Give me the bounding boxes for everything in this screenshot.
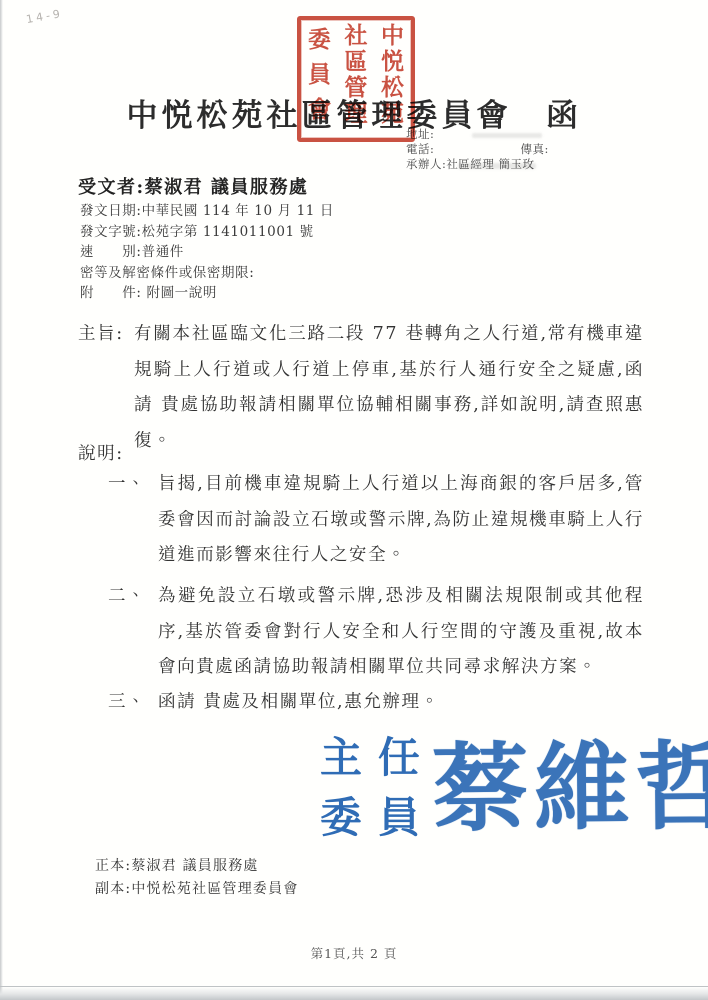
- secrecy-row: 密等及解密條件或保密期限:: [80, 263, 334, 284]
- handler-label: 承辦人:: [406, 157, 446, 171]
- doc-number-value: 松苑字第 1141011001 號: [142, 224, 314, 240]
- contact-phone-row: 電話: 傳真:: [406, 142, 696, 157]
- attachment-value: 附圖一說明: [146, 285, 217, 301]
- original-copy-row: 正本:蔡淑君 議員服務處: [95, 855, 299, 878]
- recipient-value: 蔡淑君 議員服務處: [145, 177, 309, 198]
- item-3-number: 三、: [108, 685, 158, 721]
- phone-label: 電話:: [406, 142, 434, 156]
- item-3-text: 函請 貴處及相關單位,惠允辦理。: [158, 685, 644, 721]
- item-2-number: 二、: [108, 579, 158, 615]
- metadata-block: 發文日期:中華民國 114 年 10 月 11 日 發文字號:松苑字第 1141…: [80, 201, 334, 304]
- explanation-item-2: 二、 為避免設立石墩或警示牌,恐涉及相關法規限制或其他程序,基於管委會對行人安全…: [108, 579, 644, 686]
- handwritten-pencil-note: 14-9: [25, 7, 64, 26]
- chairman-title-char-4: 員: [370, 788, 428, 848]
- priority-row: 速 別:普通件: [80, 242, 334, 263]
- doc-number-row: 發文字號:松苑字第 1141011001 號: [80, 222, 334, 243]
- scan-left-edge: [0, 0, 3, 1000]
- recipient-label: 受文者:: [78, 177, 145, 198]
- chairman-title-char-2: 任: [370, 728, 428, 788]
- original-copy-label: 正本:: [95, 858, 131, 874]
- explanation-heading: 說明:: [78, 440, 124, 465]
- attachment-row: 附 件: 附圖一說明: [80, 283, 334, 304]
- doc-number-label: 發文字號:: [80, 224, 142, 240]
- item-1-text: 旨揭,目前機車違規騎上人行道以上海商銀的客戶居多,管委會因而討論設立石墩或警示牌…: [158, 467, 644, 574]
- scan-bottom-edge: [0, 987, 708, 1000]
- committee-red-seal: 中悦松苑 社區管理 委員會: [297, 16, 415, 142]
- duplicate-copy-label: 副本:: [95, 881, 131, 897]
- issue-date-label: 發文日期:: [80, 203, 142, 219]
- seal-column-2: 社區管理: [343, 23, 370, 135]
- attachment-label: 附 件:: [80, 285, 142, 301]
- subject-label: 主旨:: [78, 317, 134, 353]
- subject-section: 主旨: 有關本社區臨文化三路二段 77 巷轉角之人行道,常有機車違規騎上人行道或…: [78, 317, 644, 459]
- chairman-name-stamp: 蔡維哲: [432, 739, 708, 838]
- chairman-title-char-1: 主: [312, 728, 370, 788]
- item-2-text: 為避免設立石墩或警示牌,恐涉及相關法規限制或其他程序,基於管委會對行人安全和人行…: [158, 579, 644, 686]
- recipient-line: 受文者:蔡淑君 議員服務處: [78, 173, 308, 199]
- priority-label: 速 別:: [80, 244, 142, 260]
- page-number-footer: 第1頁,共 2 頁: [0, 944, 708, 962]
- duplicate-copy-row: 副本:中悦松苑社區管理委員會: [95, 878, 299, 901]
- fax-label: 傳真:: [521, 142, 549, 156]
- issue-date-row: 發文日期:中華民國 114 年 10 月 11 日: [80, 201, 334, 222]
- copies-block: 正本:蔡淑君 議員服務處 副本:中悦松苑社區管理委員會: [95, 855, 299, 900]
- item-1-number: 一、: [108, 467, 158, 503]
- explanation-item-1: 一、 旨揭,目前機車違規騎上人行道以上海商銀的客戶居多,管委會因而討論設立石墩或…: [108, 467, 644, 574]
- secrecy-label: 密等及解密條件或保密期限:: [80, 265, 254, 281]
- chairman-signature-block: 主 任 委 員 蔡維哲: [312, 722, 704, 854]
- original-copy-value: 蔡淑君 議員服務處: [131, 858, 258, 874]
- contact-handler-row: 承辦人:社區經理 簡玉玫: [406, 157, 696, 172]
- seal-column-3: 委員會: [306, 23, 333, 135]
- issue-date-value: 中華民國 114 年 10 月 11 日: [142, 203, 334, 219]
- explanation-item-3: 三、 函請 貴處及相關單位,惠允辦理。: [108, 685, 644, 721]
- handler-value: 社區經理 簡玉玫: [446, 157, 534, 171]
- subject-text: 有關本社區臨文化三路二段 77 巷轉角之人行道,常有機車違規騎上人行道或人行道上…: [134, 317, 644, 459]
- seal-column-1: 中悦松苑: [379, 23, 406, 135]
- chairman-title-char-3: 委: [312, 788, 370, 848]
- priority-value: 普通件: [142, 244, 184, 260]
- chairman-title-stamp: 主 任 委 員: [312, 728, 428, 848]
- duplicate-copy-value: 中悦松苑社區管理委員會: [131, 881, 298, 897]
- scanned-letter-page: 14-9 中悦松苑 社區管理 委員會 中悦松苑社區管理委員會 函 地址: 電話:…: [0, 0, 708, 1000]
